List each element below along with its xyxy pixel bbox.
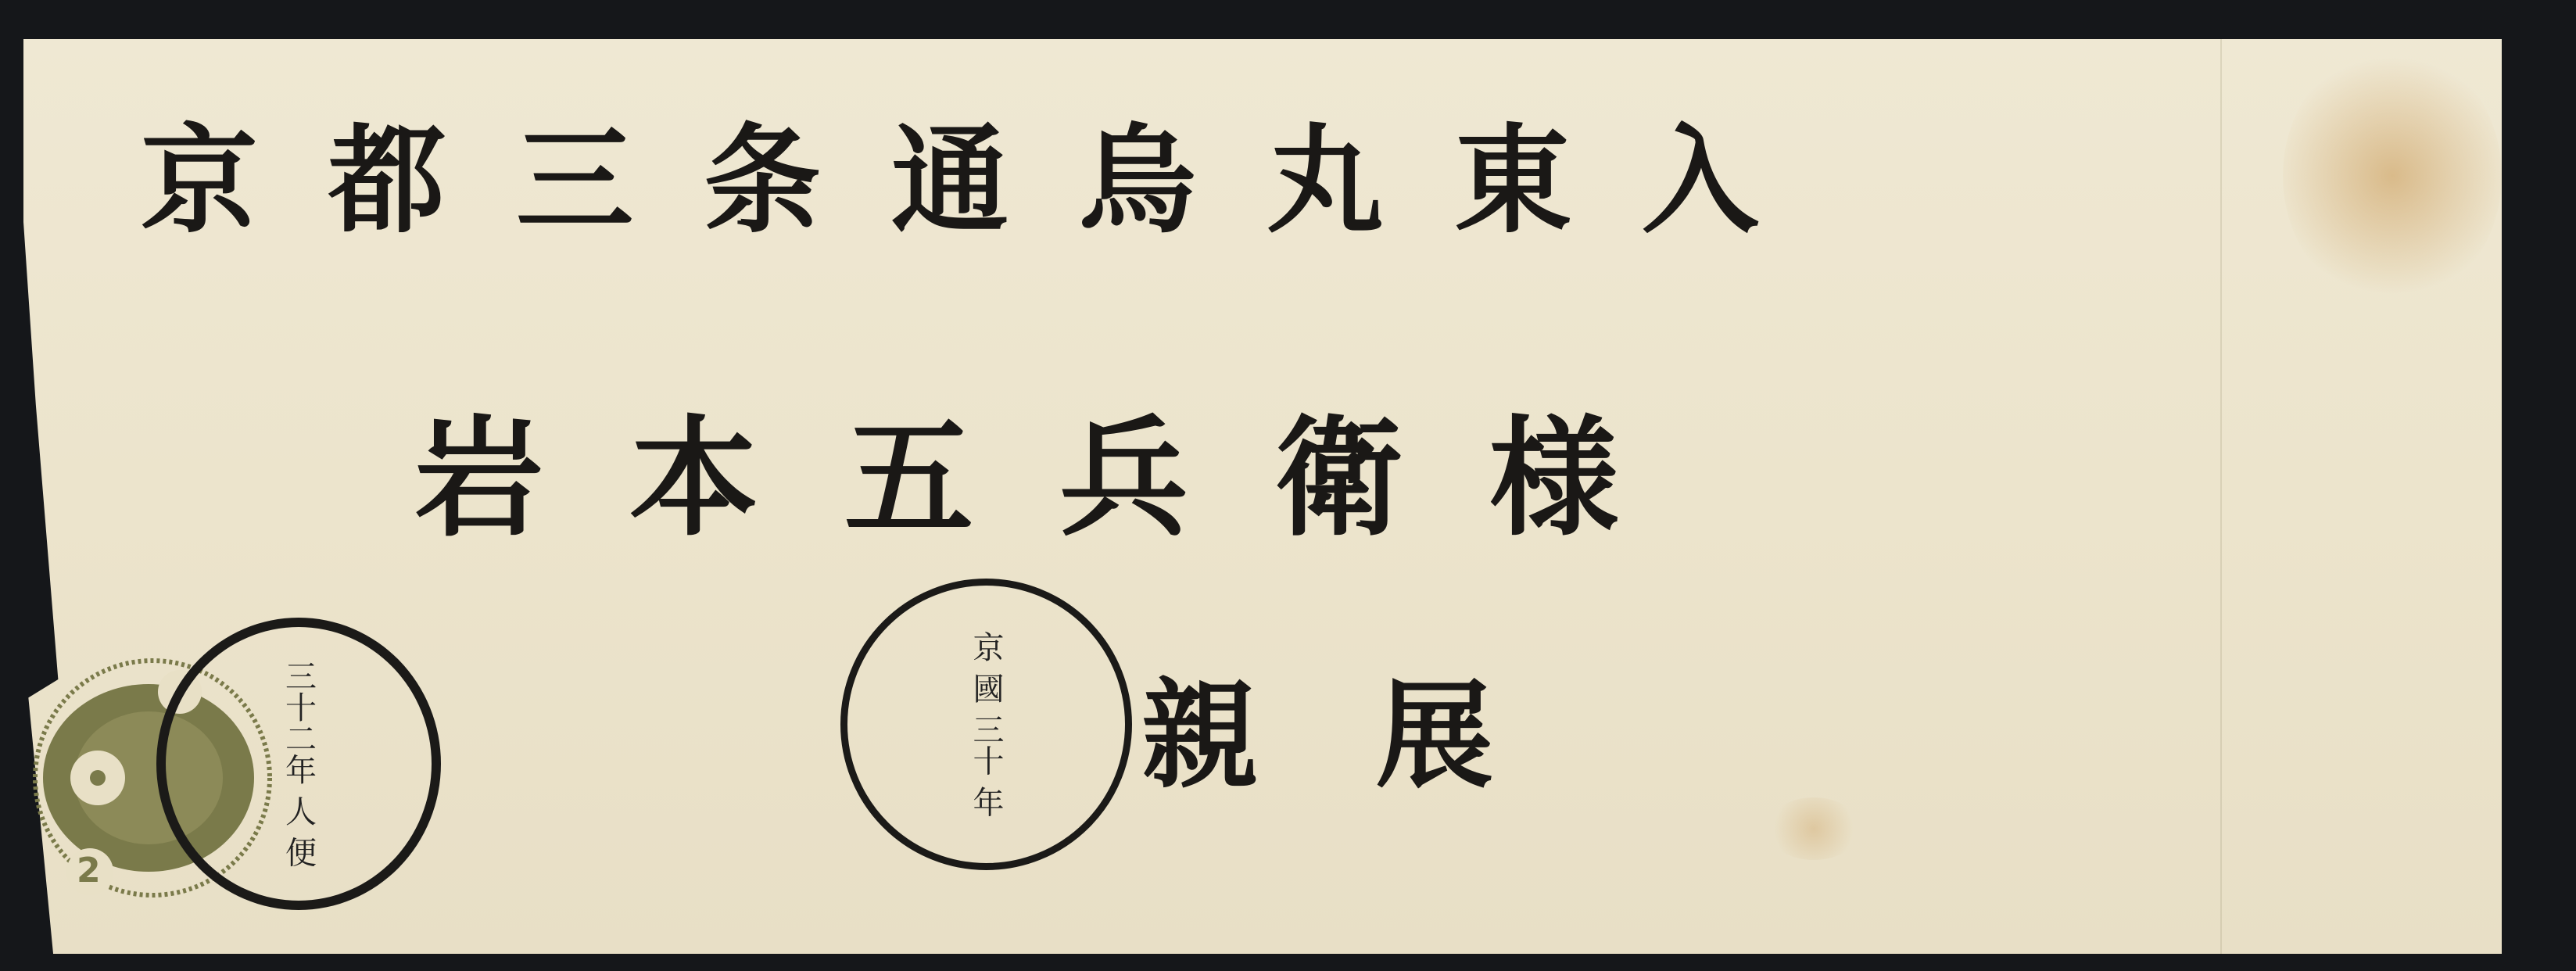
postmark-text: 京 國 三十 年 xyxy=(964,631,1009,817)
age-stain xyxy=(2283,47,2502,305)
address-line-2: 岩本五兵衛様 xyxy=(414,375,1822,561)
address-line-1: 京都三条通烏丸東入 xyxy=(141,86,1939,255)
stamp-denomination: 2 xyxy=(77,851,101,890)
address-line-3: 親展 xyxy=(1141,641,1610,810)
postmark-text: 三十二年 人 便 xyxy=(277,660,321,867)
envelope-fold xyxy=(2220,39,2222,954)
age-stain xyxy=(1767,797,1861,860)
postmark-center: 京 國 三十 年 xyxy=(840,579,1132,870)
postmark-left: 三十二年 人 便 xyxy=(156,618,441,910)
